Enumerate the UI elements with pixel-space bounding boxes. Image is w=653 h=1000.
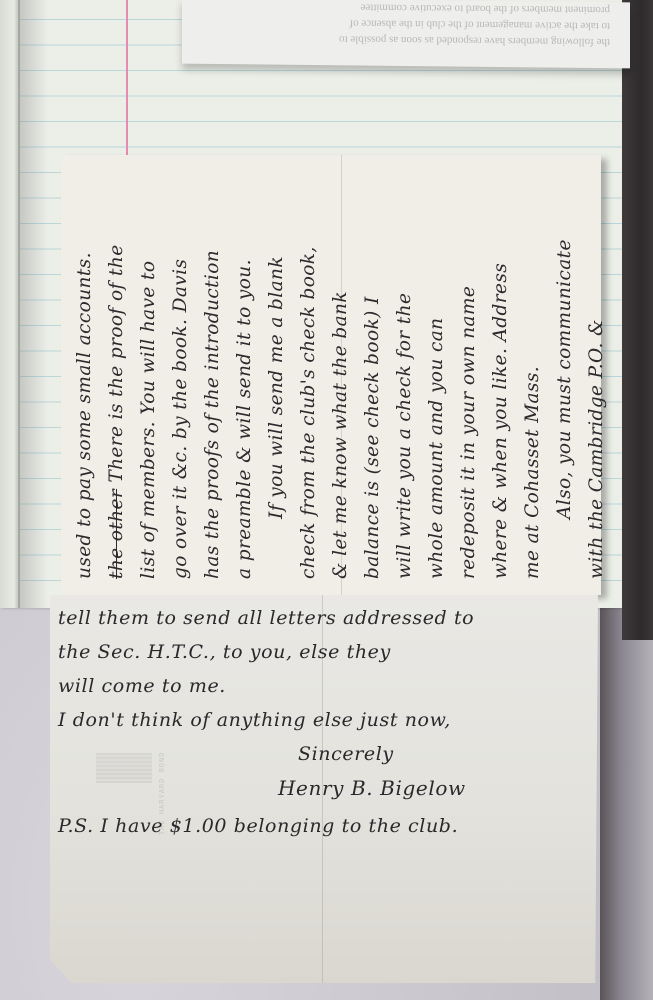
handwritten-line: used to pay some small accounts.	[69, 169, 101, 579]
letter-postscript: P.S. I have $1.00 belonging to the club.	[58, 809, 592, 843]
handwritten-line: Also, you must communicate	[549, 169, 581, 579]
folded-printed-sheet: the following members have responded as …	[182, 0, 630, 68]
handwritten-line: If you will send me a blank	[261, 169, 293, 579]
handwritten-line: whole amount and you can	[421, 169, 453, 579]
handwritten-line: the Sec. H.T.C., to you, else they	[58, 635, 592, 669]
handwritten-line: list of members. You will have to	[133, 169, 165, 579]
handwritten-line: redeposit it in your own name	[453, 169, 485, 579]
handwritten-line: balance is (see check book) I	[357, 169, 389, 579]
binder-edge	[622, 0, 653, 640]
letter-lower-page: THE HARVARD BOND tell them to send all l…	[50, 595, 598, 983]
handwritten-body: tell them to send all letters addressed …	[58, 601, 592, 843]
notebook-spine	[0, 0, 20, 608]
printed-text-upside-down: the following members have responded as …	[182, 0, 630, 66]
letter-upper-page: used to pay some small accounts. the oth…	[61, 155, 601, 595]
handwritten-line: a preamble & will send it to you.	[229, 169, 261, 579]
handwritten-line: the other There is the proof of the	[101, 169, 133, 579]
handwritten-line: will come to me.	[58, 669, 592, 703]
handwritten-line: will write you a check for the	[389, 169, 421, 579]
handwritten-line: I don't think of anything else just now,	[58, 703, 592, 737]
letter-signature: Henry B. Bigelow	[58, 771, 592, 805]
notebook-margin-line	[126, 0, 128, 158]
handwritten-line: me at Cohasset Mass.	[517, 169, 549, 579]
handwritten-line: with the Cambridge P.O. &	[581, 169, 613, 579]
notebook-gutter-shadow	[18, 0, 48, 608]
binder-edge-lower	[600, 600, 653, 1000]
handwritten-line: check from the club's check book,	[293, 169, 325, 579]
struck-text: the other	[106, 489, 127, 579]
letter-closing: Sincerely	[58, 737, 592, 771]
handwritten-body-rotated: used to pay some small accounts. the oth…	[61, 155, 601, 595]
handwritten-line: has the proofs of the introduction	[197, 169, 229, 579]
handwritten-line: & let me know what the bank	[325, 169, 357, 579]
handwritten-line: go over it &c. by the book. Davis	[165, 169, 197, 579]
handwritten-line: tell them to send all letters addressed …	[58, 601, 592, 635]
handwritten-line: where & when you like. Address	[485, 169, 517, 579]
